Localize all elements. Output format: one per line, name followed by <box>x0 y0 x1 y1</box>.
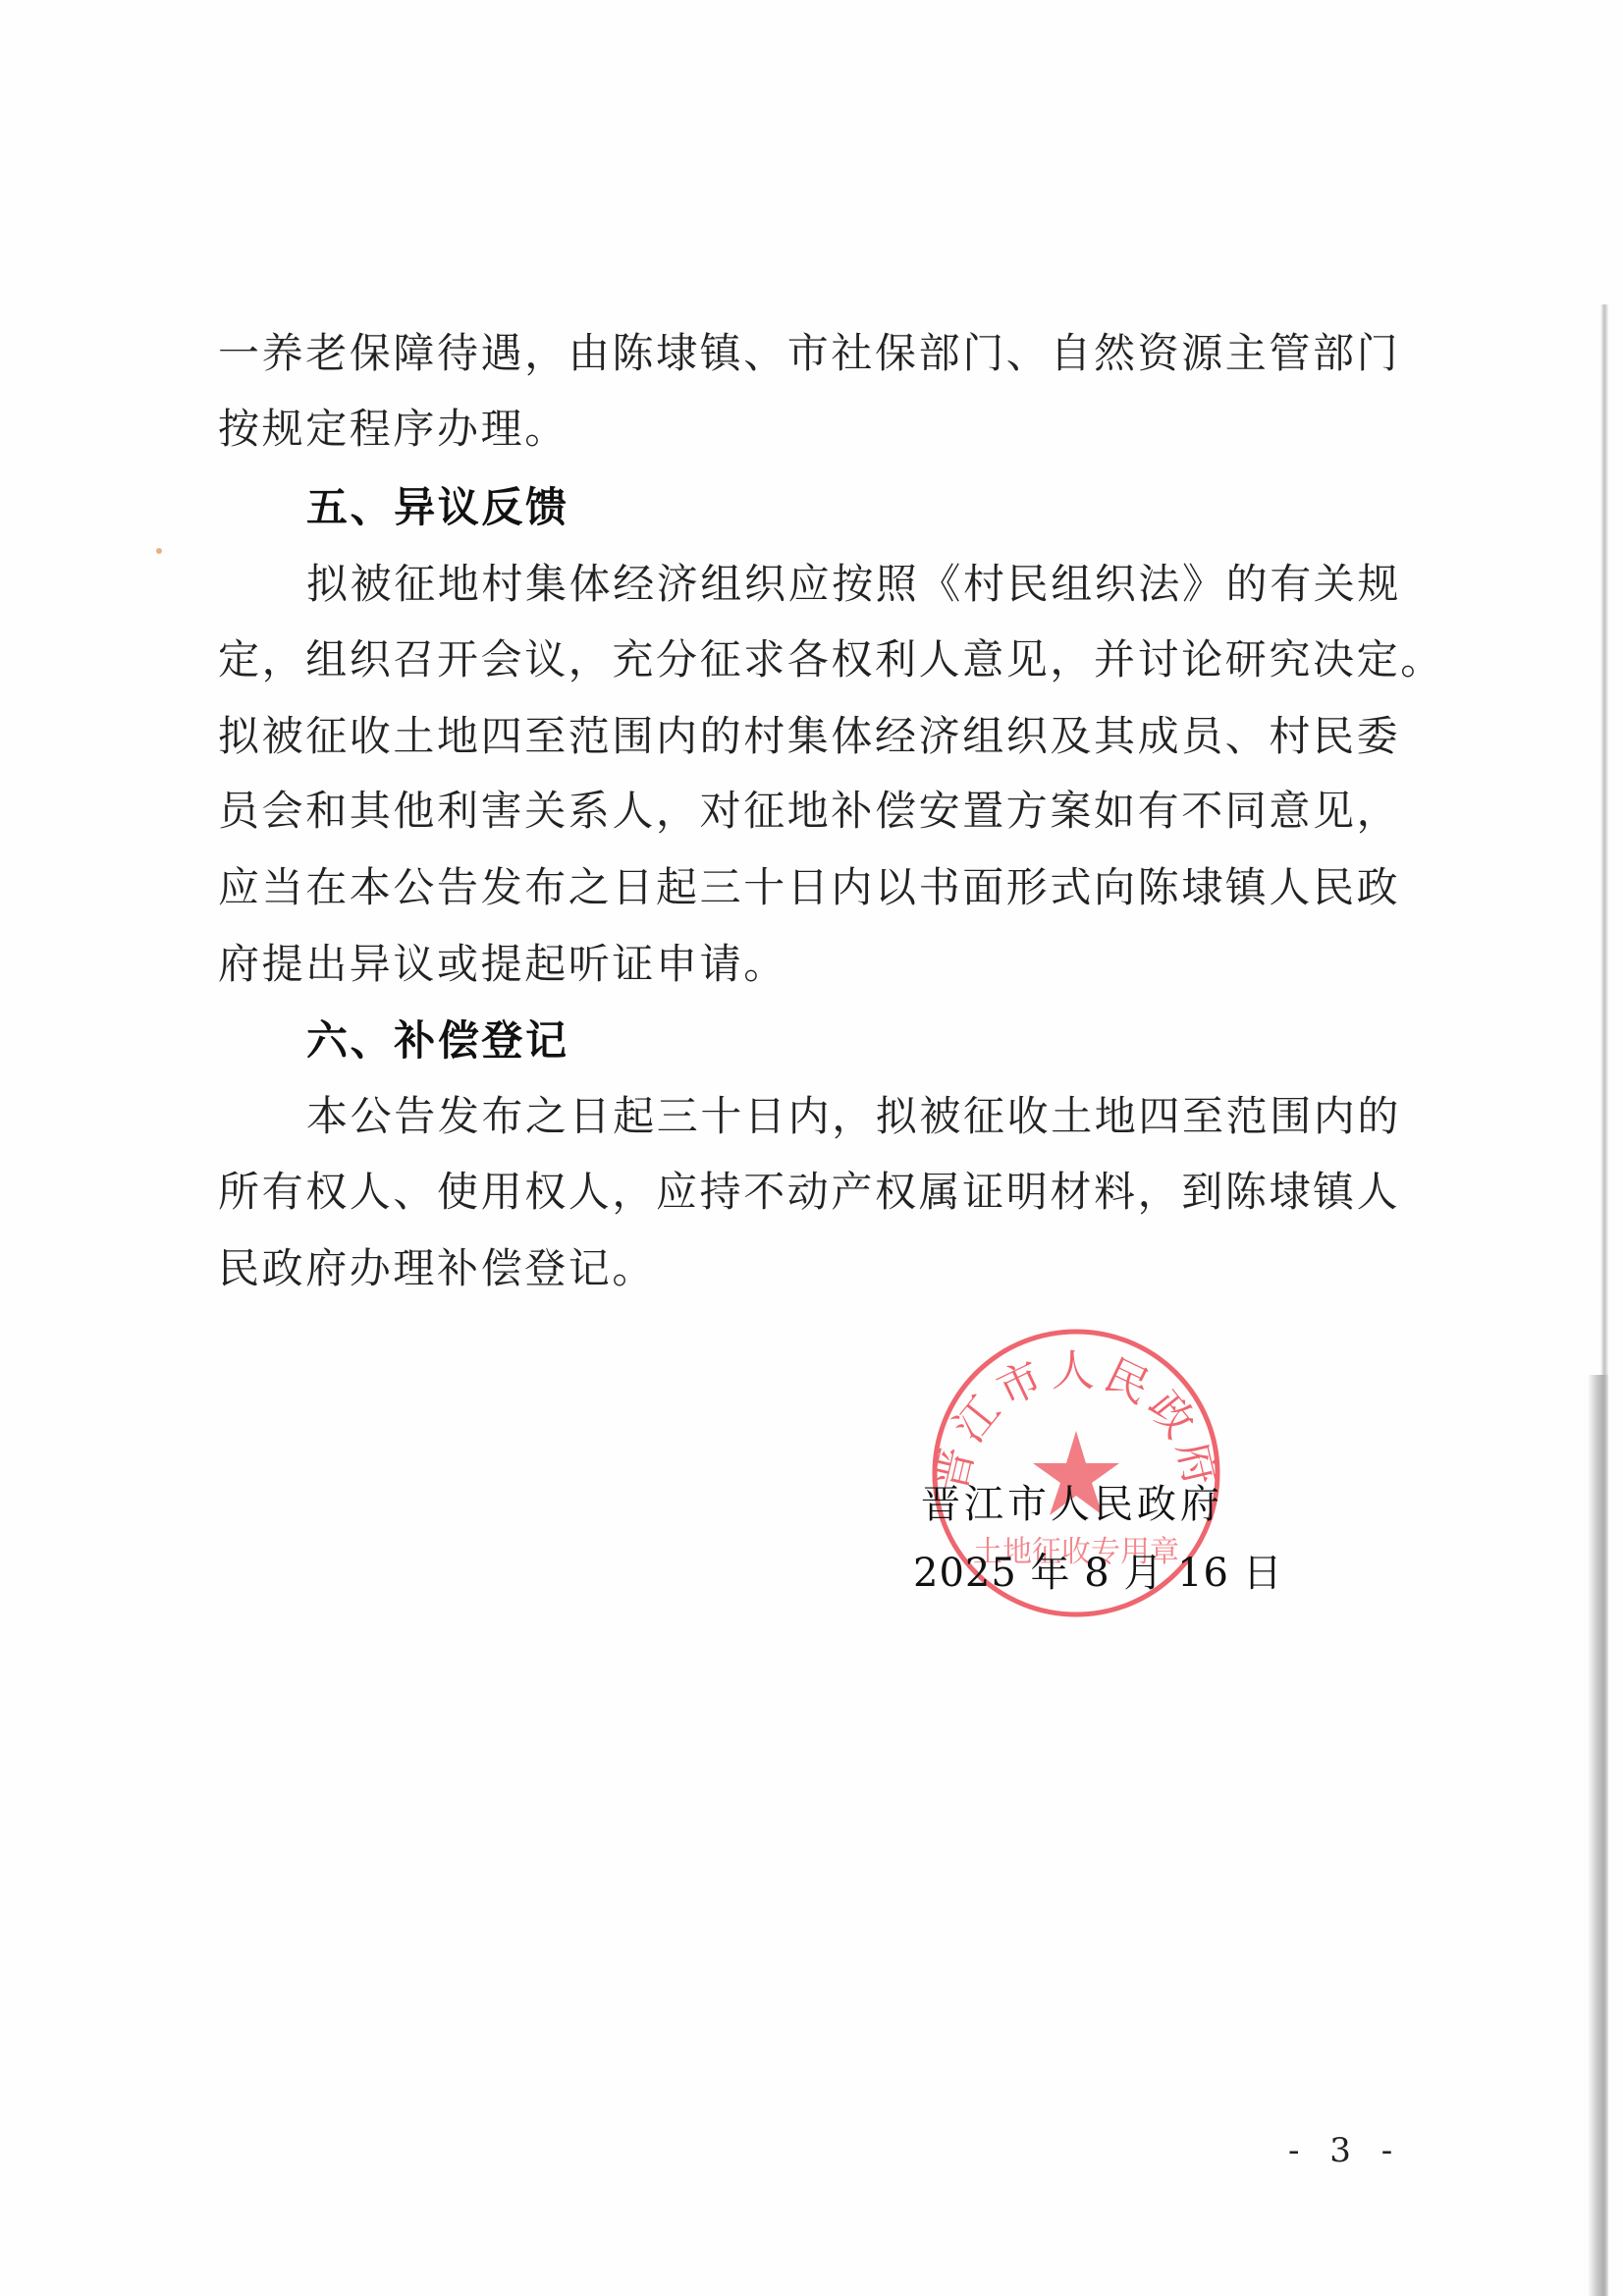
body-line: 应当在本公告发布之日起三十日内以书面形式向陈埭镇人民政 <box>218 863 1400 912</box>
body-line: 员会和其他利害关系人，对征地补偿安置方案如有不同意见， <box>218 787 1400 836</box>
page-number: - 3 - <box>1288 2131 1402 2170</box>
signature-organization: 晋江市人民政府 <box>921 1480 1223 1529</box>
stamp-ring-text: 晋江市人民政府 <box>931 1345 1221 1496</box>
scan-edge-shadow-lower <box>1588 1375 1609 2296</box>
body-line: 府提出异议或提起听证申请。 <box>218 940 787 989</box>
signature-date: 2025 年 8 月 16 日 <box>913 1549 1283 1598</box>
body-line: 按规定程序办理。 <box>218 405 568 454</box>
body-line: 所有权人、使用权人，应持不动产权属证明材料，到陈埭镇人 <box>218 1168 1400 1217</box>
section-heading-compensation-registration: 六、补偿登记 <box>306 1016 569 1066</box>
body-line: 一养老保障待遇，由陈埭镇、市社保部门、自然资源主管部门 <box>218 329 1400 378</box>
svg-text:晋江市人民政府: 晋江市人民政府 <box>931 1345 1221 1496</box>
scan-speck <box>156 548 162 554</box>
body-line: 定，组织召开会议，充分征求各权利人意见，并讨论研究决定。 <box>218 635 1444 684</box>
body-line: 本公告发布之日起三十日内，拟被征收土地四至范围内的 <box>306 1092 1401 1141</box>
section-heading-objection-feedback: 五、异议反馈 <box>306 483 569 532</box>
document-page: 一养老保障待遇，由陈埭镇、市社保部门、自然资源主管部门 按规定程序办理。 五、异… <box>0 0 1623 2296</box>
body-line: 民政府办理补偿登记。 <box>218 1244 656 1293</box>
body-line: 拟被征收土地四至范围内的村集体经济组织及其成员、村民委 <box>218 712 1400 761</box>
body-line: 拟被征地村集体经济组织应按照《村民组织法》的有关规 <box>306 560 1401 609</box>
